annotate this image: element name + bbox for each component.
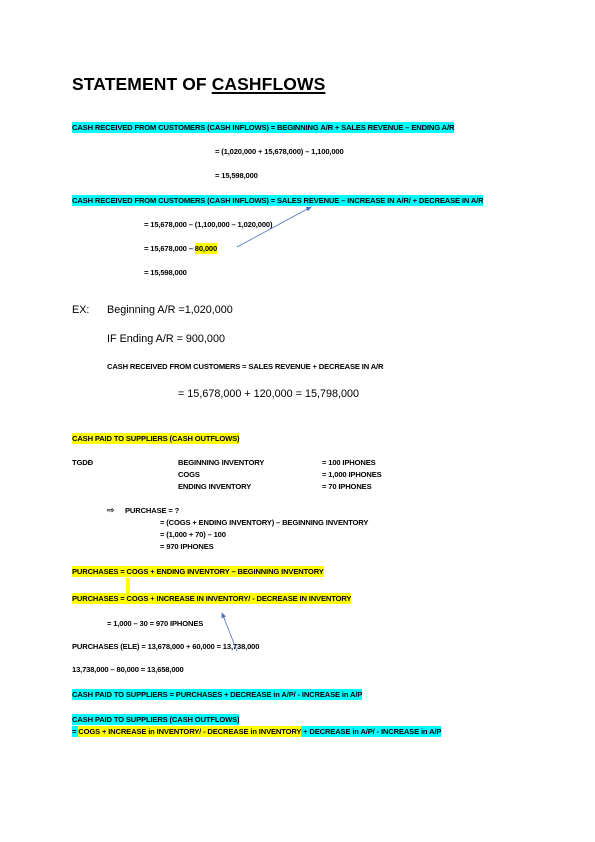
purchase-step-1: = (1,000 + 70) – 100	[160, 530, 226, 539]
inventory-value-2: = 70 IPHONES	[322, 482, 371, 491]
outflows-heading: CASH PAID TO SUPPLIERS (CASH OUTFLOWS)	[72, 434, 239, 443]
inflows-calc-2-line-3: = 15,598,000	[144, 268, 187, 277]
purchases-formula-1: PURCHASES = COGS + ENDING INVENTORY – BE…	[72, 567, 324, 576]
purchases-ele-adjusted: 13,738,000 – 80,000 = 13,658,000	[72, 665, 184, 674]
company-name: TGDĐ	[72, 458, 93, 467]
inventory-label-1: COGS	[178, 470, 200, 479]
inventory-value-1: = 1,000 IPHONES	[322, 470, 382, 479]
example-result: = 15,678,000 + 120,000 = 15,798,000	[178, 388, 359, 400]
purchases-ele: PURCHASES (ELE) = 13,678,000 + 60,000 = …	[72, 642, 259, 651]
cash-paid-formula: CASH PAID TO SUPPLIERS = PURCHASES + DEC…	[72, 690, 362, 699]
example-ending-ar: IF Ending A/R = 900,000	[107, 333, 225, 345]
example-beginning-ar: Beginning A/R =1,020,000	[107, 304, 233, 316]
inflows-calc-1-line-1: = (1,020,000 + 15,678,000) – 1,100,000	[215, 147, 344, 156]
inventory-label-0: BEGINNING INVENTORY	[178, 458, 264, 467]
purchase-question: ⇨PURCHASE = ?	[107, 505, 179, 516]
purchases-calc: = 1,000 – 30 = 970 IPHONES	[107, 619, 203, 628]
purchase-step-2: = 970 IPHONES	[160, 542, 214, 551]
inflows-calc-2-line-1: = 15,678,000 – (1,100,000 – 1,020,000)	[144, 220, 272, 229]
title-prefix: STATEMENT OF	[72, 74, 207, 94]
right-arrow-icon: ⇨	[107, 505, 125, 516]
inflows-formula-1: CASH RECEIVED FROM CUSTOMERS (CASH INFLO…	[72, 123, 454, 132]
cash-paid-expanded-formula: = COGS + INCREASE in INVENTORY/ - DECREA…	[72, 727, 441, 736]
purchase-step-0: = (COGS + ENDING INVENTORY) – BEGINNING …	[160, 518, 368, 527]
inflows-calc-2-line-2: = 15,678,000 – 80,000	[144, 244, 217, 253]
example-formula: CASH RECEIVED FROM CUSTOMERS = SALES REV…	[107, 362, 383, 371]
title-underlined: CASHFLOWS	[212, 74, 326, 94]
cash-paid-heading: CASH PAID TO SUPPLIERS (CASH OUTFLOWS)	[72, 715, 239, 724]
inflows-calc-1-line-2: = 15,598,000	[215, 171, 258, 180]
purchases-formula-2: PURCHASES = COGS + INCREASE IN INVENTORY…	[72, 594, 351, 603]
page-title: STATEMENT OF CASHFLOWS	[72, 74, 325, 95]
highlighted-ar-change: 80,000	[195, 243, 217, 254]
highlight-connector	[126, 578, 130, 594]
inflows-formula-2: CASH RECEIVED FROM CUSTOMERS (CASH INFLO…	[72, 196, 483, 205]
example-label: EX:	[72, 304, 89, 316]
inventory-label-2: ENDING INVENTORY	[178, 482, 251, 491]
inventory-value-0: = 100 IPHONES	[322, 458, 376, 467]
